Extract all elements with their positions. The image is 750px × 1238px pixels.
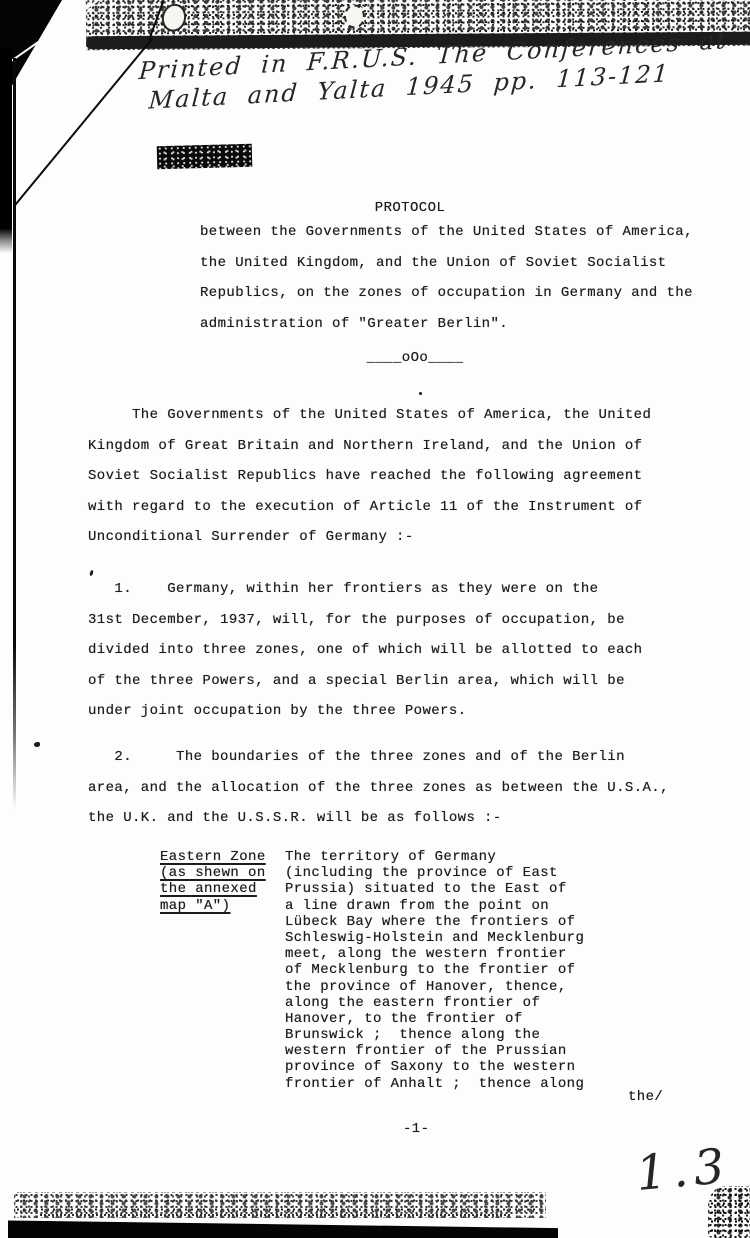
page-number: -1-: [403, 1121, 429, 1137]
typed-line: the United Kingdom, and the Union of Sov…: [200, 255, 693, 286]
typed-line: The territory of Germany: [285, 849, 584, 865]
ink-speck: [34, 742, 40, 747]
typed-line: of Mecklenburg to the frontier of: [285, 962, 584, 978]
typed-line: 1. Germany, within her frontiers as they…: [88, 581, 643, 612]
typed-line: 2. The boundaries of the three zones and…: [88, 749, 669, 780]
typed-line: western frontier of the Prussian: [285, 1043, 584, 1059]
typed-line: The Governments of the United States of …: [88, 407, 651, 438]
typed-line: administration of "Greater Berlin".: [200, 316, 693, 347]
typed-line: (as shewn on: [160, 865, 266, 881]
typed-line: (including the province of East: [285, 865, 584, 881]
typed-line: of the three Powers, and a special Berli…: [88, 673, 643, 704]
preamble-paragraph: between the Governments of the United St…: [200, 224, 693, 346]
typed-line: under joint occupation by the three Powe…: [88, 703, 643, 734]
typed-line: Lübeck Bay where the frontiers of: [285, 914, 584, 930]
agreement-paragraph: The Governments of the United States of …: [88, 407, 651, 560]
eastern-zone-heading: Eastern Zone (as shewn on the annexed ma…: [160, 849, 266, 914]
handwritten-annotation-bottom: 1.3: [634, 1138, 733, 1202]
scan-edge-line-left: [13, 58, 16, 810]
typed-line: frontier of Anhalt ; thence along: [285, 1076, 584, 1092]
typed-line: Kingdom of Great Britain and Northern Ir…: [88, 438, 651, 469]
document-title: PROTOCOL: [340, 200, 480, 216]
punch-hole-icon: [159, 1, 189, 34]
ink-speck: [89, 570, 94, 577]
typed-line: meet, along the western frontier: [285, 946, 584, 962]
typed-line: with regard to the execution of Article …: [88, 499, 651, 530]
typed-line: between the Governments of the United St…: [200, 224, 693, 255]
typed-line: a line drawn from the point on: [285, 898, 584, 914]
typed-line: province of Saxony to the western: [285, 1059, 584, 1075]
typed-line: Soviet Socialist Republics have reached …: [88, 468, 651, 499]
scan-edge-bar-left: [0, 48, 12, 253]
catchword: the/: [628, 1089, 663, 1105]
scan-edge-bar-bottom: [8, 1219, 558, 1238]
typed-line: the U.K. and the U.S.S.R. will be as fol…: [88, 810, 669, 841]
section-separator: ____oOo____: [340, 350, 490, 366]
typed-line: along the eastern frontier of: [285, 995, 584, 1011]
typed-line: Hanover, to the frontier of: [285, 1011, 584, 1027]
typed-line: Eastern Zone: [160, 849, 266, 865]
page-fold-line: [13, 38, 153, 208]
typed-line: the annexed: [160, 881, 266, 897]
typed-line: Republics, on the zones of occupation in…: [200, 285, 693, 316]
redaction-bar: [157, 144, 253, 169]
ink-speck: [419, 392, 422, 395]
typed-line: 31st December, 1937, will, for the purpo…: [88, 612, 643, 643]
scan-edge-broken-line: [40, 1214, 510, 1216]
typed-line: the province of Hanover, thence,: [285, 979, 584, 995]
typed-line: Prussia) situated to the East of: [285, 881, 584, 897]
typed-line: Schleswig-Holstein and Mecklenburg: [285, 930, 584, 946]
typed-line: Brunswick ; thence along the: [285, 1027, 584, 1043]
item-2-paragraph: 2. The boundaries of the three zones and…: [88, 749, 669, 841]
typed-line: Unconditional Surrender of Germany :-: [88, 529, 651, 560]
item-1-paragraph: 1. Germany, within her frontiers as they…: [88, 581, 643, 734]
eastern-zone-description: The territory of Germany (including the …: [285, 849, 584, 1092]
scanned-document-page: Printed in F.R.U.S. The Conferences at M…: [0, 0, 750, 1238]
punch-hole-icon: [344, 4, 365, 28]
typed-line: map "A"): [160, 898, 266, 914]
typed-line: divided into three zones, one of which w…: [88, 642, 643, 673]
typed-line: area, and the allocation of the three zo…: [88, 780, 669, 811]
